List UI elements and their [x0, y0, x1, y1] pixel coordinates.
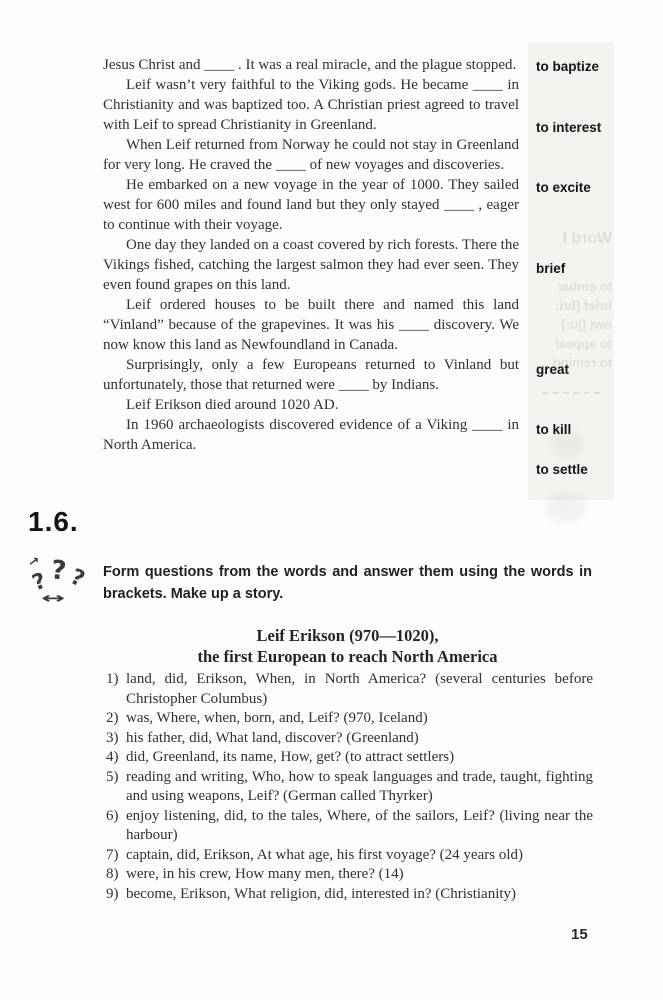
question-list: 1) land, did, Erikson, When, in North Am… [103, 670, 593, 904]
question-item: 8) were, in his crew, How many men, ther… [103, 865, 593, 885]
bleed-through-text: Word I [534, 230, 612, 248]
question-text: land, did, Erikson, When, in North Ameri… [126, 670, 593, 709]
passage-paragraph: Surprisingly, only a few Europeans retur… [103, 355, 519, 395]
bleed-through-text: brief [bri: [534, 298, 612, 313]
exercise-title-line1: Leif Erikson (970—1020), [103, 625, 592, 646]
bleed-through-rule [542, 392, 600, 394]
question-item: 9) become, Erikson, What religion, did, … [103, 885, 593, 905]
book-page: { "passage": { "paragraphs": [ {"text": … [0, 0, 663, 1000]
bleed-through-text: to appeal [534, 336, 612, 351]
question-item: 3) his father, did, What land, discover?… [103, 729, 593, 749]
passage-paragraph: He embarked on a new voyage in the year … [103, 175, 519, 235]
passage-paragraph: One day they landed on a coast covered b… [103, 235, 519, 295]
question-text: captain, did, Erikson, At what age, his … [126, 846, 593, 866]
margin-word: to settle [536, 462, 588, 477]
question-number: 2) [103, 709, 126, 729]
question-number: 7) [103, 846, 126, 866]
passage-paragraph: Leif Erikson died around 1020 AD. [103, 395, 519, 415]
margin-word: to interest [536, 120, 601, 135]
passage-paragraph: When Leif returned from Norway he could … [103, 135, 519, 175]
bleed-through-text: to embar [534, 279, 612, 294]
passage-paragraph: In 1960 archaeologists discovered eviden… [103, 415, 519, 455]
question-number: 9) [103, 885, 126, 905]
exercise-title: Leif Erikson (970—1020), the first Europ… [103, 625, 592, 667]
exercise-instruction: Form questions from the words and answer… [103, 562, 592, 605]
question-item: 2) was, Where, when, born, and, Leif? (9… [103, 709, 593, 729]
question-item: 6) enjoy listening, did, to the tales, W… [103, 807, 593, 846]
question-number: 1) [103, 670, 126, 690]
question-text: were, in his crew, How many men, there? … [126, 865, 593, 885]
question-mark-icon: ? [66, 564, 88, 592]
question-item: 1) land, did, Erikson, When, in North Am… [103, 670, 593, 709]
questions-icon: ↗ ? ? ? ↔ [29, 554, 95, 612]
question-text: was, Where, when, born, and, Leif? (970,… [126, 709, 593, 729]
exercise-title-line2: the first European to reach North Americ… [103, 646, 592, 667]
question-item: 5) reading and writing, Who, how to spea… [103, 768, 593, 807]
margin-word: to kill [536, 422, 571, 437]
bleed-through-blob [546, 492, 586, 522]
passage-paragraph: Jesus Christ and ____ . It was a real mi… [103, 55, 519, 75]
question-item: 7) captain, did, Erikson, At what age, h… [103, 846, 593, 866]
question-text: did, Greenland, its name, How, get? (to … [126, 748, 593, 768]
question-text: become, Erikson, What religion, did, int… [126, 885, 593, 905]
question-number: 5) [103, 768, 126, 788]
bleed-through-text: owt [ju:] [534, 317, 612, 332]
question-text: enjoy listening, did, to the tales, Wher… [126, 807, 593, 846]
question-text: his father, did, What land, discover? (G… [126, 729, 593, 749]
margin-word: brief [536, 261, 565, 276]
page-number: 15 [571, 926, 588, 943]
question-mark-icon: ? [49, 555, 67, 586]
margin-word: to baptize [536, 59, 599, 74]
question-number: 8) [103, 865, 126, 885]
section-number: 1.6. [28, 506, 79, 538]
passage-paragraph: Leif wasn’t very faithful to the Viking … [103, 75, 519, 135]
double-arrow-icon: ↔ [41, 589, 65, 607]
question-text: reading and writing, Who, how to speak l… [126, 768, 593, 807]
question-number: 6) [103, 807, 126, 827]
margin-word: to excite [536, 180, 591, 195]
question-number: 4) [103, 748, 126, 768]
question-item: 4) did, Greenland, its name, How, get? (… [103, 748, 593, 768]
passage-paragraph: Leif ordered houses to be built there an… [103, 295, 519, 355]
question-number: 3) [103, 729, 126, 749]
margin-word: great [536, 362, 569, 377]
arrow-stroke-icon: ↗ [27, 554, 40, 570]
reading-passage: Jesus Christ and ____ . It was a real mi… [103, 55, 519, 455]
